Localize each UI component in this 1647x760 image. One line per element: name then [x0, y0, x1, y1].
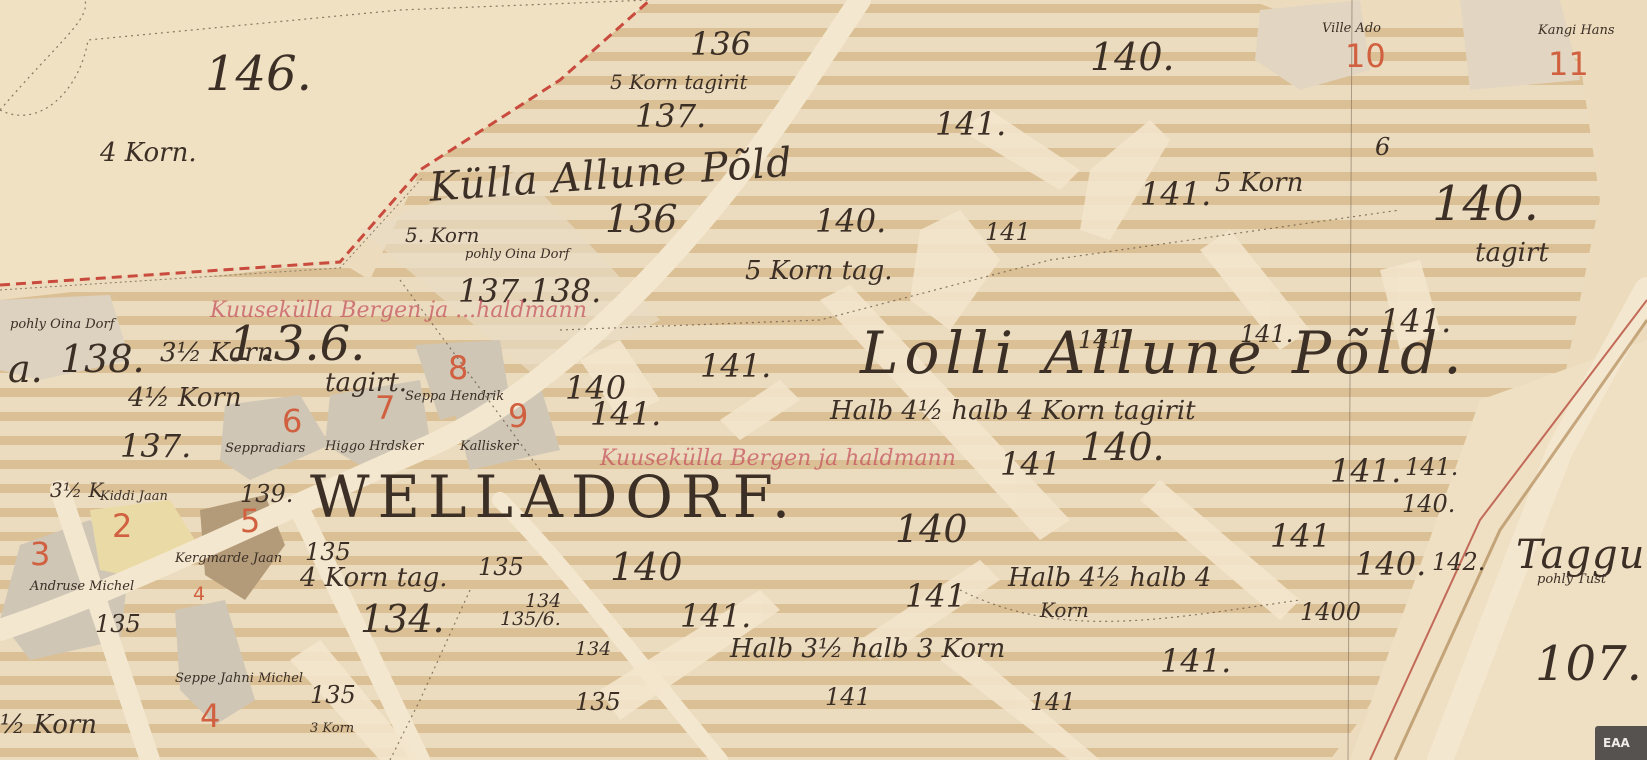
annotation: tagirt: [1475, 240, 1549, 266]
parcel-number: 141.: [1330, 455, 1401, 487]
homestead-owner: Andruse Michel: [30, 580, 134, 593]
parcel-number: 135: [95, 612, 141, 636]
parcel-number: 138.: [60, 340, 145, 378]
annotation: 6: [1375, 135, 1390, 159]
parcel-number: 141: [1270, 520, 1331, 552]
annotation: 5 Korn tag.: [745, 258, 892, 284]
homestead-number: 4: [193, 585, 205, 604]
annotation: 5. Korn: [405, 225, 479, 245]
parcel-number: 135: [305, 540, 351, 564]
village-name: WELLADORF.: [310, 468, 798, 526]
parcel-number: 141: [1078, 328, 1124, 352]
place-name-taggu-sub: pohly Tust: [1537, 573, 1606, 586]
parcel-number: 141.: [700, 350, 771, 382]
archive-watermark: EAA: [1595, 726, 1647, 760]
parcel-number: 141.: [590, 398, 661, 430]
place-name-taggu: Taggu: [1516, 535, 1645, 575]
annotation: 3½ Korn: [160, 340, 274, 366]
red-note: Kuusekülla Bergen ja ...haldmann: [210, 300, 587, 322]
parcel-number: 140.: [1402, 492, 1455, 516]
red-note: Kuusekülla Bergen ja haldmann: [600, 448, 956, 470]
parcel-number: 1400: [1300, 600, 1361, 624]
parcel-number: 146.: [205, 50, 312, 98]
parcel-number: 141.: [1140, 178, 1211, 210]
homestead-owner: Seppradiars: [225, 442, 305, 455]
homestead-owner: Kiddi Jaan: [100, 490, 168, 503]
annotation: pohly Oina Dorf: [10, 318, 115, 331]
parcel-number: 141.: [1380, 305, 1451, 337]
cadastral-map[interactable]: Külla Allune Põld Lolli Allune Põld. WEL…: [0, 0, 1647, 760]
parcel-number: 141: [1030, 690, 1076, 714]
annotation: 3½ K: [50, 480, 103, 500]
annotation: 5 Korn tagirit: [610, 72, 747, 92]
annotation: ½ Korn: [0, 712, 97, 738]
homestead-number: 11: [1548, 48, 1589, 80]
homestead-number: 5: [240, 505, 260, 537]
homestead-number: 6: [282, 405, 302, 437]
parcel-number: 135: [310, 683, 356, 707]
parcel-number: 140: [610, 548, 683, 586]
annotation: 5 Korn: [1215, 170, 1303, 196]
parcel-number: 141: [1000, 448, 1061, 480]
parcel-number: 134: [575, 640, 611, 659]
annotation: 3 Korn: [310, 722, 354, 735]
annotation: 4½ Korn: [128, 385, 242, 411]
parcel-number: 141.: [680, 600, 751, 632]
parcel-number: 141.: [1160, 645, 1231, 677]
parcel-number: 135: [575, 690, 621, 714]
parcel-number: 140.: [1080, 428, 1165, 466]
parcel-number: 137.: [120, 430, 191, 462]
homestead-number: 9: [508, 400, 528, 432]
homestead-owner: Ville Ado: [1322, 22, 1381, 35]
homestead-number: 4: [200, 700, 220, 732]
homestead-number: 10: [1345, 40, 1386, 72]
parcel-number: 141: [905, 580, 966, 612]
homestead-owner: Kangi Hans: [1538, 24, 1615, 37]
parcel-number: 141: [825, 685, 871, 709]
parcel-number: 140.: [815, 205, 886, 237]
parcel-number: 107.: [1535, 640, 1642, 688]
annotation: Halb 4½ halb 4 Korn tagirit: [830, 398, 1196, 424]
annotation: pohly Oina Dorf: [465, 248, 570, 261]
homestead-owner: Kergmarde Jaan: [175, 552, 282, 565]
parcel-number: 141.: [1405, 455, 1458, 479]
annotation: a.: [8, 350, 43, 388]
homestead-owner: Higgo Hrdsker: [325, 440, 423, 453]
parcel-number: 140.: [1090, 38, 1175, 76]
parcel-number: 135/6.: [500, 610, 561, 629]
homestead-number: 8: [448, 352, 468, 384]
parcel-number: 140.: [1355, 548, 1426, 580]
field-name-lolli: Lolli Allune Põld.: [860, 324, 1468, 382]
parcel-number: 135: [478, 555, 524, 579]
homestead-owner: Seppe Jahni Michel: [175, 672, 303, 685]
annotation: Korn: [1040, 600, 1089, 620]
parcel-number: 141: [985, 220, 1031, 244]
parcel-number: 136: [690, 28, 751, 60]
parcel-number: 137.: [635, 100, 706, 132]
parcel-number: 141.: [1240, 322, 1293, 346]
homestead-number: 2: [112, 510, 132, 542]
homestead-owner: Kallisker: [460, 440, 518, 453]
parcel-number: 142.: [1432, 550, 1485, 574]
homestead-number: 3: [30, 538, 50, 570]
annotation: 4 Korn.: [100, 140, 197, 166]
parcel-number: 134.: [360, 600, 445, 638]
homestead-number: 7: [375, 392, 395, 424]
parcel-number: 141.: [935, 108, 1006, 140]
parcel-number: 140: [895, 510, 968, 548]
annotation: Halb 4½ halb 4: [1008, 565, 1211, 591]
parcel-number: 136: [605, 200, 678, 238]
homestead-owner: Seppa Hendrik: [405, 390, 504, 403]
parcel-number: 140.: [1432, 180, 1539, 228]
annotation: 4 Korn tag.: [300, 565, 447, 591]
annotation: Halb 3½ halb 3 Korn: [730, 636, 1005, 662]
